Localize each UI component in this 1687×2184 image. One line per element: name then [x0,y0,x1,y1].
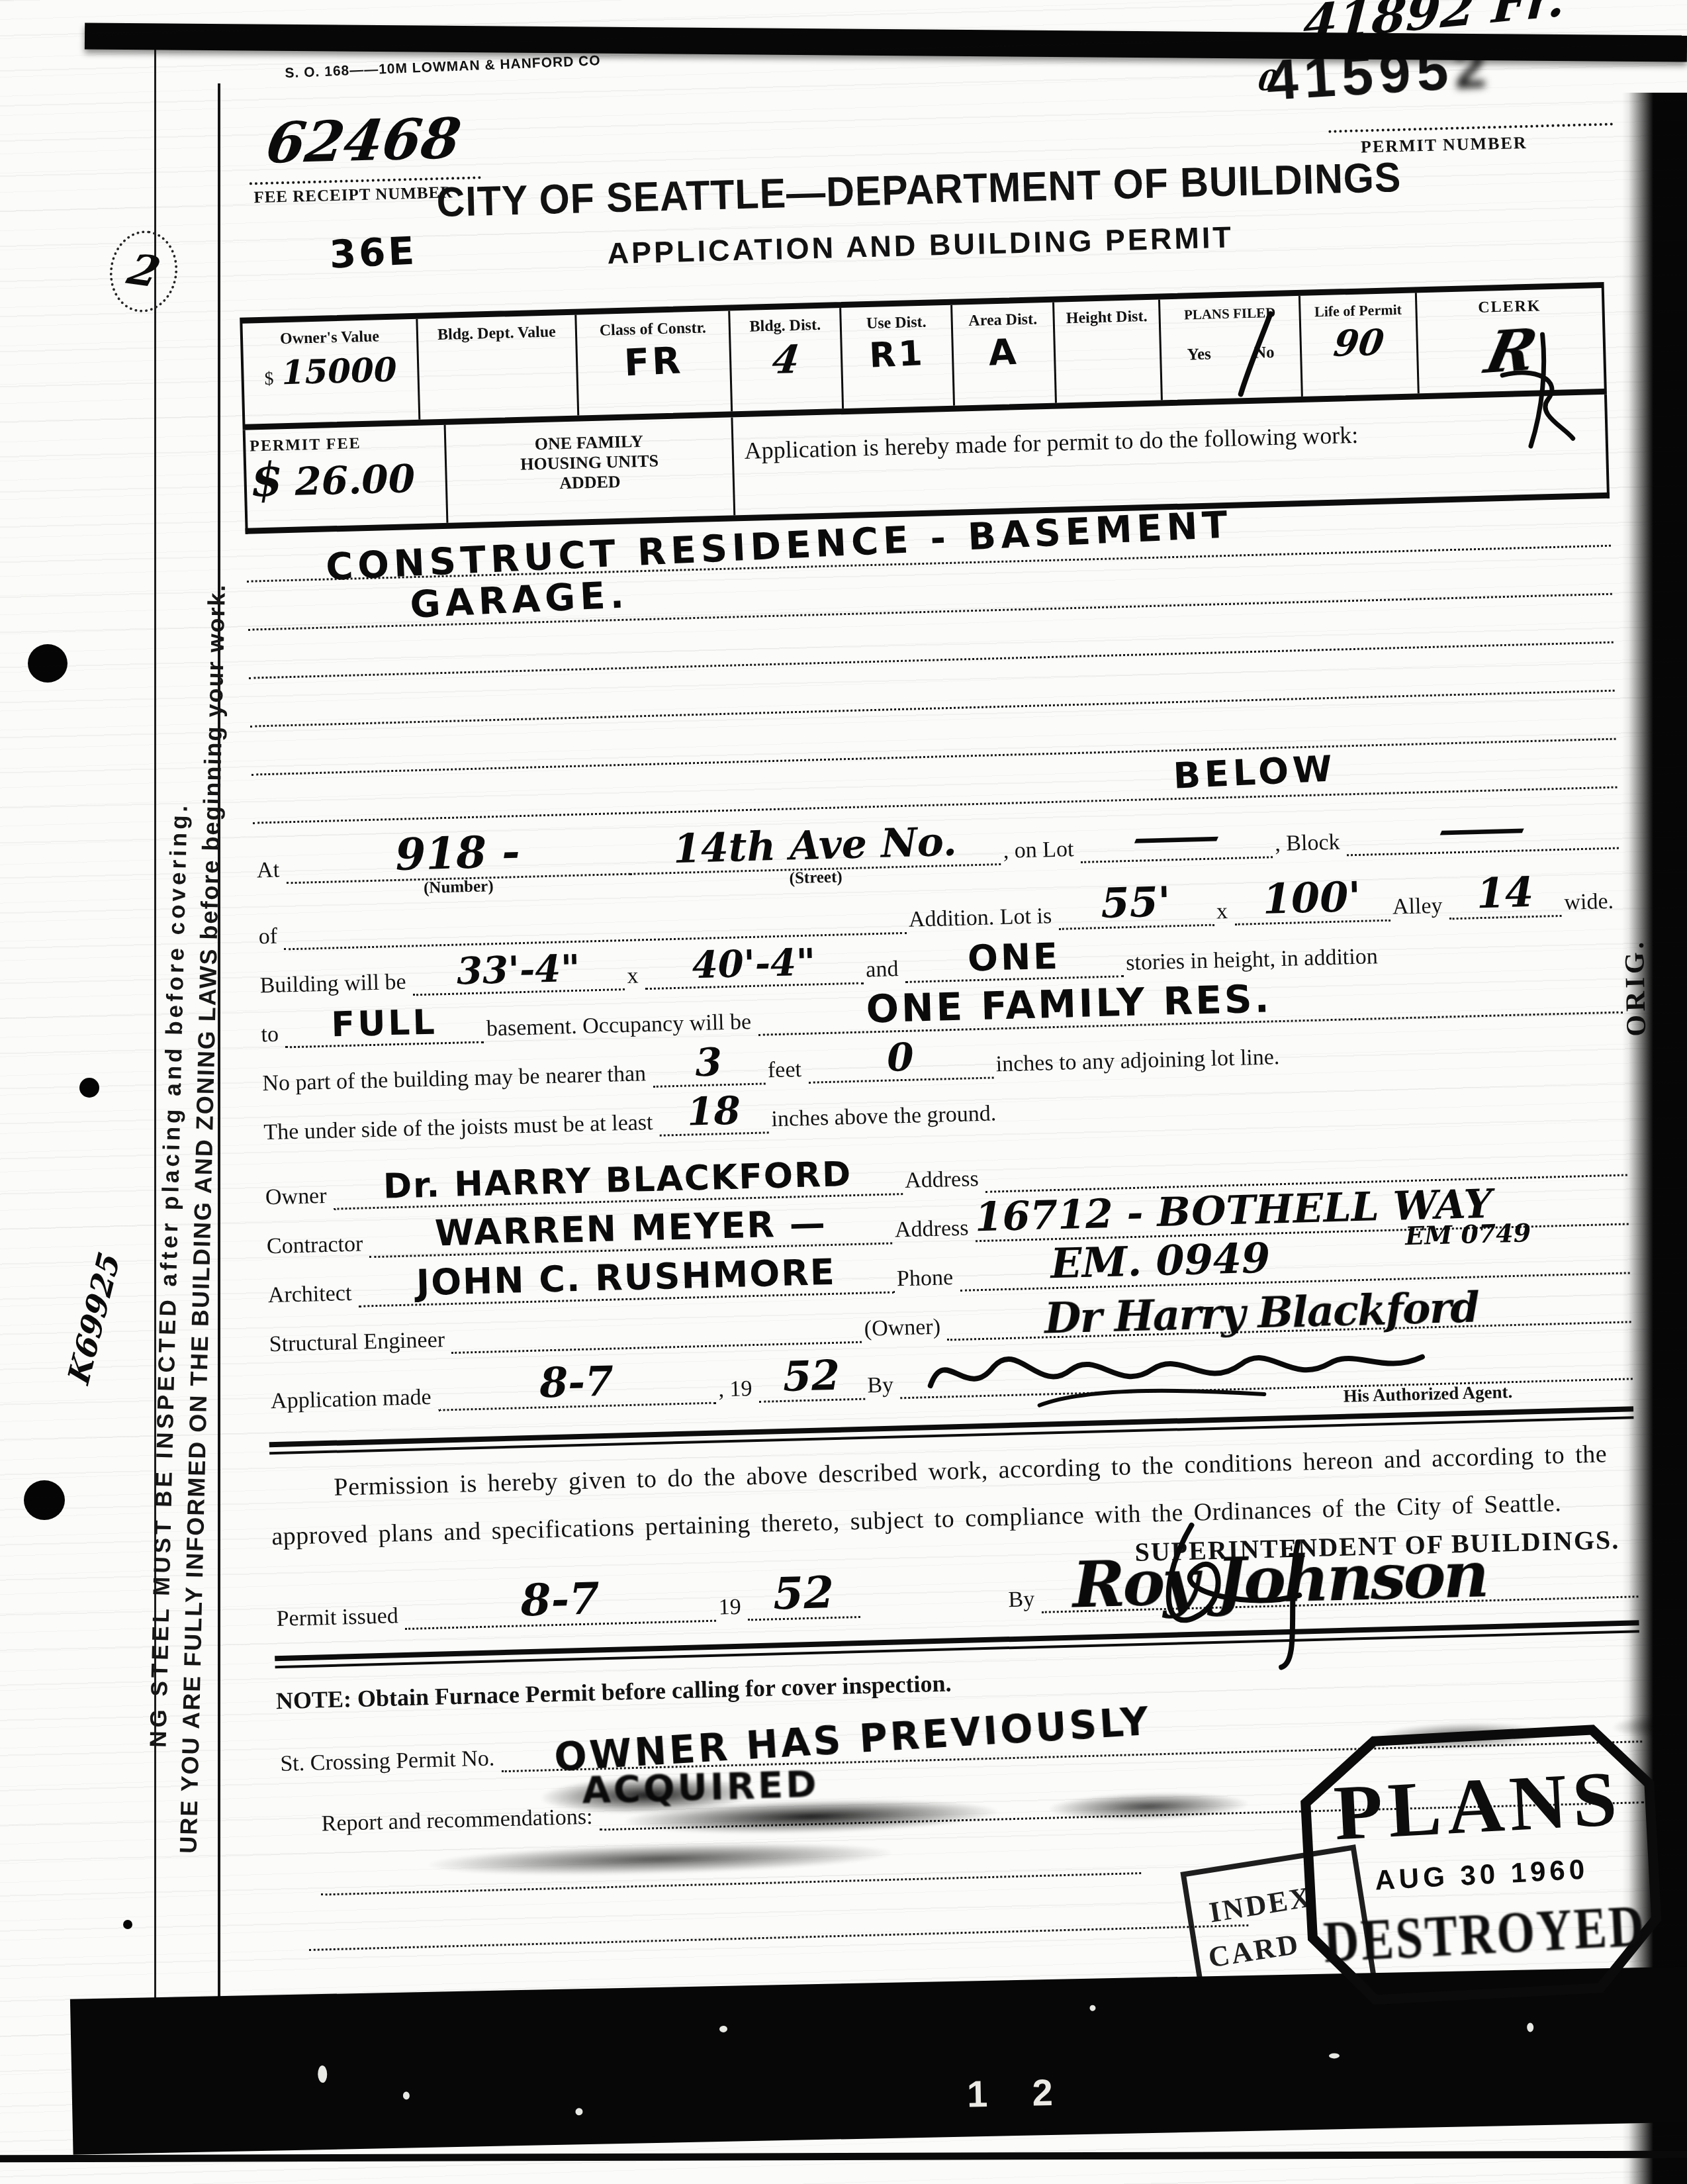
column-header: Height Dist. [1058,308,1155,328]
issued-by-label: By [1005,1587,1042,1614]
building-x-label: x [624,963,645,990]
lot-value: — [1130,816,1223,857]
table-cell-use-dist: Use Dist. R1 [839,305,953,408]
x-label: x [1214,899,1235,926]
at-label: At [254,857,287,884]
permit-form: S. O. 168——10M LOWMAN & HANFORD CO 41892… [233,24,1647,1952]
page-number-marks: 1 2 [966,2070,1070,2115]
cell-value [423,346,572,350]
column-header: Owner's Value [247,327,413,350]
table-cell-plans-filed: PLANS FILED Yes No [1158,296,1301,400]
setback-feet-value: 3 [695,1043,723,1082]
scan-speck [1329,2053,1340,2058]
margin-handwritten-code: K69925 [64,1249,124,1388]
application-date-field: 8-7 [437,1345,716,1411]
lot-depth-value: 100' [1262,877,1361,920]
permit-number-line [1328,122,1613,132]
address-street-field: 14th Ave No. (Street) [629,802,1001,875]
block-field: — [1345,786,1619,857]
column-header: CLERK [1421,296,1598,318]
cell-value: 90 [1303,323,1414,361]
cell-value: R1 [846,335,948,374]
punch-hole [24,1480,65,1520]
column-header: Bldg. Dept. Value [422,323,572,345]
permit-issued-label: Permit issued [273,1603,405,1633]
and-label: and [863,957,905,984]
scan-speck [1527,2022,1533,2032]
fee-currency: $ [250,451,284,507]
contractor-label: Contractor [263,1231,369,1260]
stories-field: ONE [904,926,1124,983]
application-made-label: Application made [268,1385,439,1416]
parties-section: Owner Dr. HARRY BLACKFORD Address Contra… [262,1127,1633,1415]
wide-label: wide. [1561,889,1621,917]
on-lot-label: , on Lot [1000,837,1081,865]
setback-inches-value: 0 [887,1038,915,1077]
stamp-plans-text: PLANS [1294,1752,1663,1861]
setback-inches-field: 0 [807,1027,993,1083]
scanned-building-permit-page: NG STEEL MUST BE INSPECTED after placing… [0,0,1687,2184]
authorized-agent-label: His Authorized Agent. [1343,1382,1512,1407]
owner-address-label: Address [902,1166,985,1195]
block-value: — [1436,808,1529,849]
column-header: Bldg. Dist. [735,316,837,336]
currency-mark: $ [264,369,274,389]
scan-speck [719,2026,727,2032]
block-label: , Block [1272,830,1347,858]
ink-spot [123,1920,132,1929]
issued-year-field: 52 [746,1543,860,1621]
application-year-value: 52 [782,1355,841,1398]
circled-margin-note: 2 [105,226,183,317]
phone-label: Phone [894,1265,960,1294]
table-cell-clerk: CLERK R [1415,288,1604,393]
plans-destroyed-stamp: PLANS AUG 30 1960 DESTROYED [1296,1720,1667,2010]
issued-year-prefix: 19 [715,1595,748,1622]
ink-spot [79,1078,99,1098]
lot-width-value: 55' [1101,881,1171,924]
cell-value [1059,331,1155,334]
table-cell-area-dist: Area Dist. A [950,303,1055,406]
scan-speck [318,2065,328,2083]
basement-field: FULL [285,992,484,1049]
owner-label: Owner [263,1184,334,1212]
building-width-value: 33'-4" [456,950,580,990]
address-street-value: 14th Ave No. [672,822,957,869]
address-number-field: 918 - (Number) [285,812,630,884]
alley-field: 14 [1448,866,1562,920]
table-cell-dept-value: Bldg. Dept. Value [416,315,577,420]
address-number-value: 918 - [395,830,521,877]
alley-value: 14 [1476,872,1534,914]
building-depth-field: 40'-4" [644,933,864,990]
scan-speck [403,2091,410,2099]
of-label: of [255,924,284,951]
column-header: Life of Permit [1304,301,1412,321]
punch-hole [28,644,68,683]
printer-code: S. O. 168——10M LOWMAN & HANFORD CO [285,53,601,81]
below-annotation: BELOW [1173,751,1337,794]
table-cell-bldg-dist: Bldg. Dist. 4 [728,308,842,411]
table-cell-height-dist: Height Dist. [1052,300,1161,403]
office-code-note: 36E [328,231,418,273]
stray-zero-mark: 0 [1257,67,1280,95]
fee-receipt-number-value: 62468 [263,111,464,171]
column-header: Use Dist. [845,313,947,334]
ink-smudge [1049,1791,1248,1823]
lot-width-field: 55' [1058,875,1214,930]
table-cell-owners-value: Owner's Value $ 15000 [242,319,418,424]
building-width-field: 33'-4" [412,939,625,996]
joists-suffix: inches above the ground. [768,1101,1003,1133]
plans-filed-check-mark [1160,296,1303,399]
to-label: to [258,1021,285,1049]
table-cell-life-of-permit: Life of Permit 90 [1299,293,1418,397]
permit-fee-cell: PERMIT FEE $ 26.00 [246,425,447,528]
joists-value: 18 [686,1091,741,1131]
phone-alt-value: EM 0749 [1405,1220,1531,1249]
circled-note-value: 2 [122,249,164,294]
column-header: Class of Constr. [581,319,725,341]
superintendent-signature-field: Roy Johnson [1040,1523,1639,1614]
work-description-area: CONSTRUCT RESIDENCE - BASEMENT GARAGE. B… [246,499,1618,824]
signature-flourish [1079,1511,1480,1674]
contractor-name-value: WARREN MEYER — [434,1206,827,1251]
year-prefix-label: , 19 [715,1376,759,1404]
agent-signature-field: His Authorized Agent. [899,1321,1633,1399]
scan-bottom-line [0,2151,1687,2163]
fee-value: 26.00 [295,456,416,504]
cell-value: FR [581,340,726,384]
issued-date-value: 8-7 [520,1577,600,1623]
setback-feet-field: 3 [652,1033,766,1087]
stories-value: ONE [967,939,1060,977]
work-description-line2: GARAGE. [409,577,629,624]
application-by-label: By [864,1372,901,1400]
scan-speck [575,2108,582,2115]
cell-value: 4 [733,339,839,380]
feet-label: feet [764,1057,808,1085]
building-depth-value: 40'-4" [692,943,816,984]
housing-units-cell: ONE FAMILY HOUSING UNITS ADDED [444,417,734,522]
lot-depth-field: 100' [1234,871,1391,926]
issued-year-value: 52 [772,1570,835,1615]
phone-value: EM. 0949 [1050,1238,1271,1285]
joists-field: 18 [659,1082,769,1136]
basement-value: FULL [331,1005,437,1042]
location-section: At 918 - (Number) 14th Ave No. (Street) … [253,788,1625,1147]
alley-label: Alley [1389,893,1449,921]
occupancy-value: ONE FAMILY RES. [866,979,1272,1028]
application-date-value: 8-7 [539,1361,614,1404]
issued-date-field: 8-7 [403,1547,716,1630]
table-cell-class-constr: Class of Constr. FR [574,311,731,416]
column-header: Area Dist. [956,310,1049,331]
scan-speck [1089,2005,1095,2011]
cell-value: A [957,332,1050,372]
cell-value: 15000 [281,350,397,393]
joists-label: The under side of the joists must be at … [261,1110,660,1147]
lot-field: — [1079,795,1272,863]
application-year-field: 52 [758,1341,865,1403]
architect-label: Architect [265,1281,358,1310]
permission-section: Permission is hereby given to do the abo… [270,1429,1639,1633]
form-header: S. O. 168——10M LOWMAN & HANFORD CO 41892… [233,24,1604,318]
